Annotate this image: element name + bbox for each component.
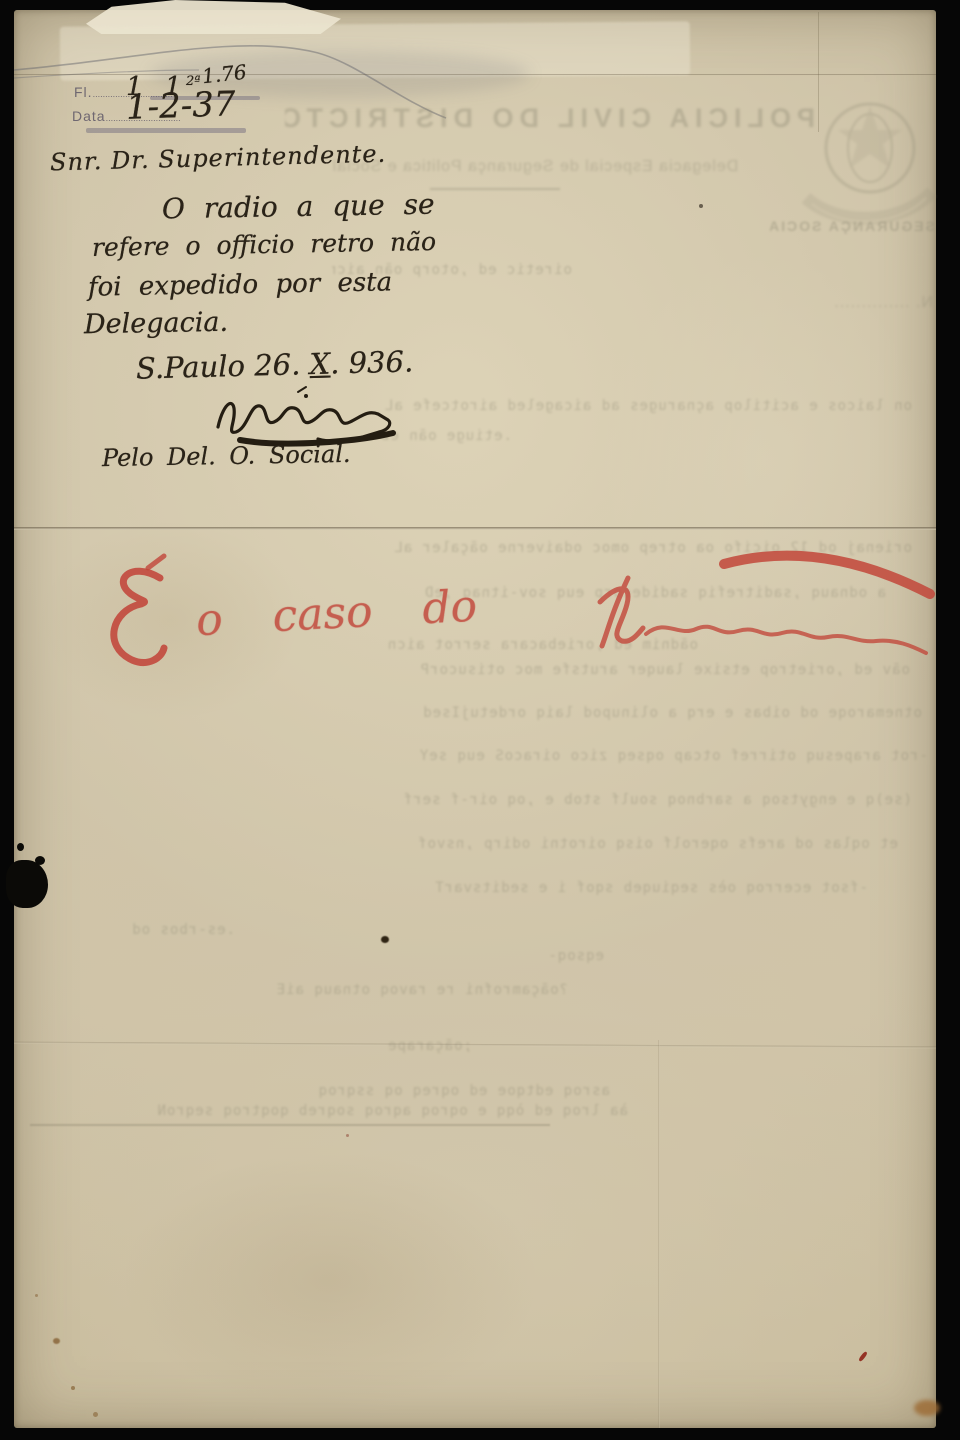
stamp-folio-text: Fl. (74, 84, 93, 100)
dateline-place: S.Paulo (136, 349, 246, 386)
letter-body-line: foi expedido por esta (88, 267, 393, 302)
dateline-year: . 936. (330, 344, 414, 380)
red-word: do (421, 581, 478, 635)
stamp-rule-bar (86, 128, 246, 133)
letter-dateline: S.Paulo 26. X. 936. (136, 344, 414, 385)
letter-body-line: refere o officio retro não (92, 227, 437, 262)
ink-blot-left-edge (6, 860, 48, 908)
letter-body-line: O radio a que se (162, 188, 435, 226)
red-word: caso (271, 586, 373, 642)
dateline-month: X (309, 347, 331, 382)
dateline-day: 26. (254, 347, 301, 382)
red-word: o (195, 594, 224, 646)
stamp-date-text: Data (72, 108, 106, 124)
red-initial-glyph (96, 556, 191, 681)
stamp-date-value: 1-2-37 (125, 84, 236, 128)
letter-body-line: Delegacia. (84, 307, 229, 341)
red-name-flourish (566, 540, 938, 670)
coat-of-arms-ghost-icon (792, 86, 942, 256)
archival-photo: POLICIA CIVIL DO DISTRICTO Delegacia Esp… (0, 0, 960, 1440)
bleedthrough-rule (430, 188, 560, 190)
letter-signed-for: Pelo Del. O. Social. (102, 440, 351, 472)
ghost-underline (30, 1124, 550, 1126)
